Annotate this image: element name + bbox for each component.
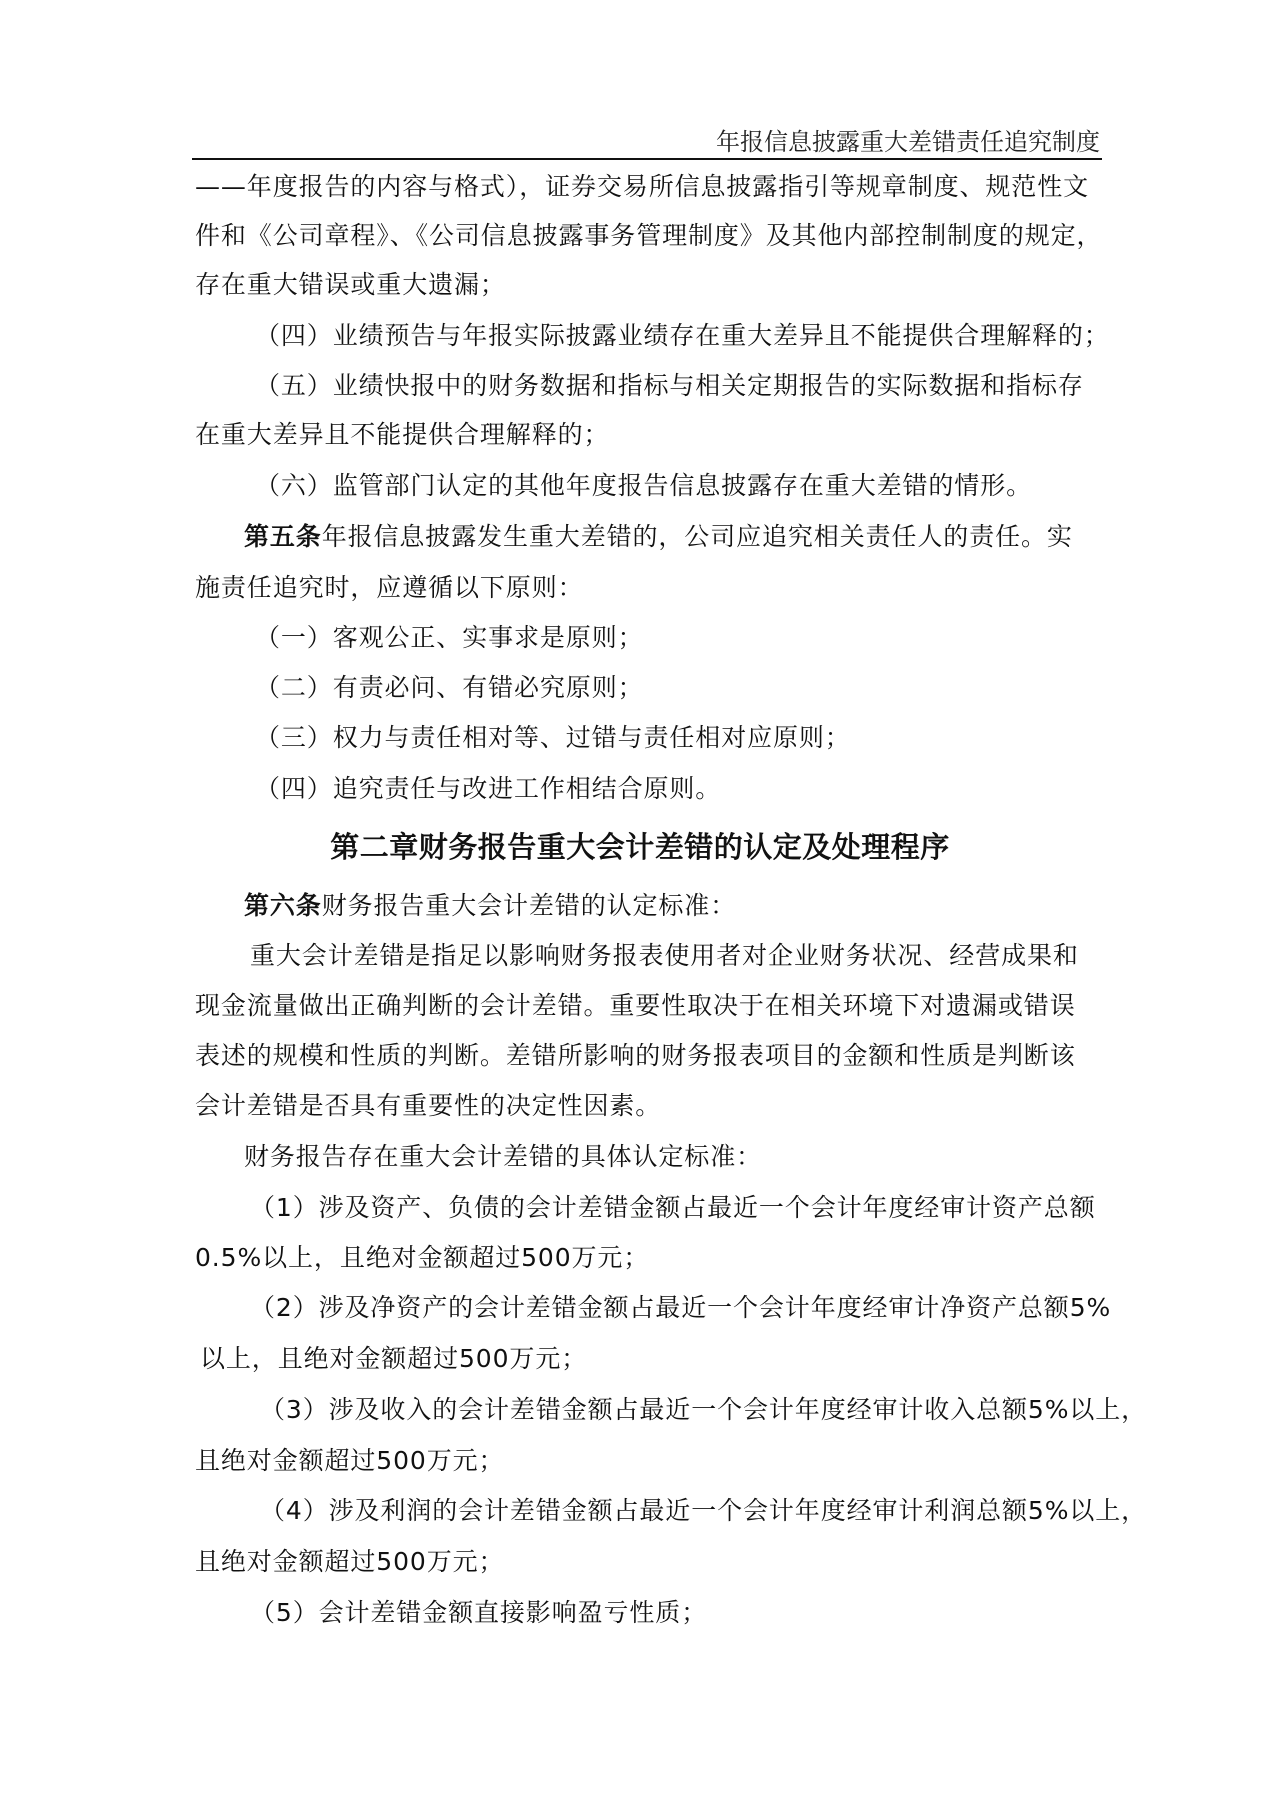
article-5-label: 第五条 [244,522,322,551]
list-item-4: （四）业绩预告与年报实际披露业绩存在重大差异且不能提供合理解释的； [255,321,1110,351]
definition-line: 表述的规模和性质的判断。差错所影响的财务报表项目的金额和性质是判断该 [195,1041,1076,1071]
article-5-line2: 施责任追究时，应遵循以下原则： [195,573,584,603]
criteria-intro: 财务报告存在重大会计差错的具体认定标准： [244,1142,762,1172]
article-6-line: 第六条财务报告重大会计差错的认定标准： [244,891,736,921]
header-divider [192,158,1102,160]
criterion-1-cont: 0.5%以上，且绝对金额超过500万元； [195,1243,649,1273]
definition-line: 会计差错是否具有重要性的决定性因素。 [195,1091,661,1121]
principle-3: （三）权力与责任相对等、过错与责任相对应原则； [255,723,851,753]
article-6-text: 财务报告重大会计差错的认定标准： [322,891,736,920]
chapter-title: 第二章财务报告重大会计差错的认定及处理程序 [0,830,1280,864]
criterion-4: （4）涉及利润的会计差错金额占最近一个会计年度经审计利润总额5%以上， [260,1496,1147,1526]
principle-4: （四）追究责任与改进工作相结合原则。 [255,774,721,804]
criterion-2-cont: 以上，且绝对金额超过500万元； [200,1344,587,1374]
article-5-text: 年报信息披露发生重大差错的，公司应追究相关责任人的责任。实 [322,522,1073,551]
criterion-3-cont: 且绝对金额超过500万元； [195,1446,504,1476]
body-line: 件和《公司章程》、《公司信息披露事务管理制度》及其他内部控制制度的规定， [195,221,1102,251]
criterion-1: （1）涉及资产、负债的会计差错金额占最近一个会计年度经审计资产总额 [250,1193,1096,1223]
definition-line: 现金流量做出正确判断的会计差错。重要性取决于在相关环境下对遗漏或错误 [195,991,1076,1021]
criterion-3: （3）涉及收入的会计差错金额占最近一个会计年度经审计收入总额5%以上， [260,1395,1147,1425]
principle-2: （二）有责必问、有错必究原则； [255,673,644,703]
principle-1: （一）客观公正、实事求是原则； [255,623,644,653]
list-item-5-cont: 在重大差异且不能提供合理解释的； [195,420,609,450]
criterion-5: （5）会计差错金额直接影响盈亏性质； [250,1598,707,1628]
definition-line: 重大会计差错是指足以影响财务报表使用者对企业财务状况、经营成果和 [250,941,1079,971]
article-6-label: 第六条 [244,891,322,920]
criterion-2: （2）涉及净资产的会计差错金额占最近一个会计年度经审计净资产总额5% [250,1293,1111,1323]
article-5-line1: 第五条年报信息披露发生重大差错的，公司应追究相关责任人的责任。实 [244,522,1073,552]
body-line: ——年度报告的内容与格式），证券交易所信息披露指引等规章制度、规范性文 [195,172,1089,202]
list-item-6: （六）监管部门认定的其他年度报告信息披露存在重大差错的情形。 [255,471,1032,501]
body-line: 存在重大错误或重大遗漏； [195,270,506,300]
list-item-5: （五）业绩快报中的财务数据和指标与相关定期报告的实际数据和指标存 [255,371,1084,401]
running-header-title: 年报信息披露重大差错责任追究制度 [716,128,1100,156]
criterion-4-cont: 且绝对金额超过500万元； [195,1547,504,1577]
document-page: 年报信息披露重大差错责任追究制度 ——年度报告的内容与格式），证券交易所信息披露… [0,0,1280,1811]
